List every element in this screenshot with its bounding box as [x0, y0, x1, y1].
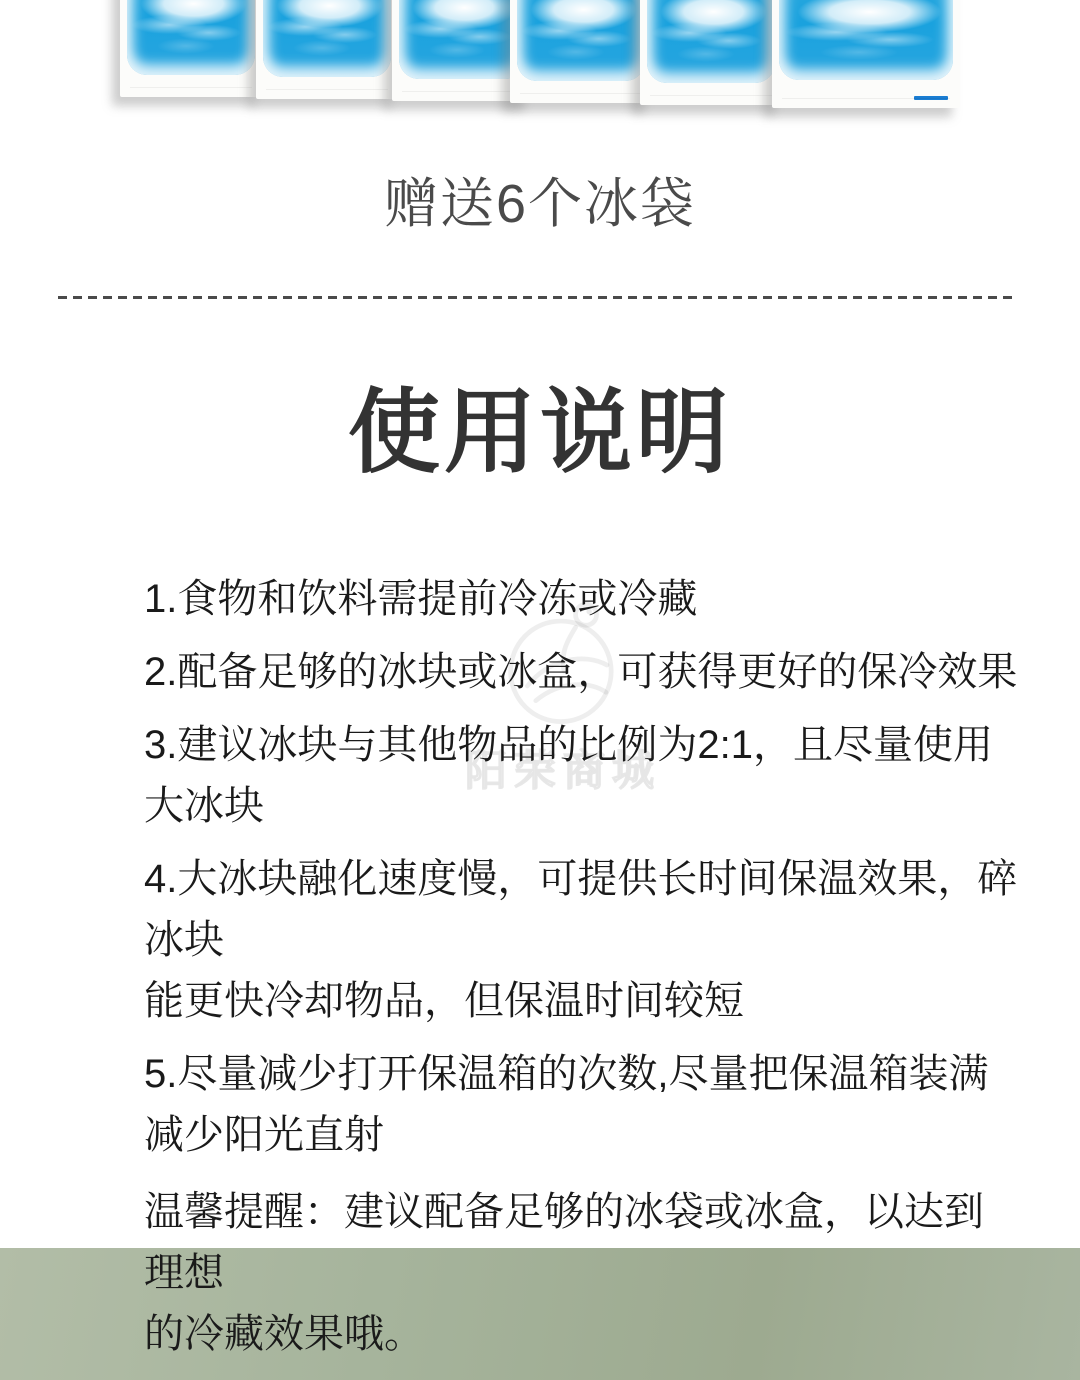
instruction-item: 1.食物和饮料需提前冷冻或冷藏 [144, 569, 1020, 630]
instructions-list: 1.食物和饮料需提前冷冻或冷藏 2.配备足够的冰块或冰盒，可获得更好的保冷效果 … [144, 569, 1020, 1166]
gift-caption: 赠送6个冰袋 [0, 174, 1080, 234]
ice-pack-gel [127, 0, 255, 75]
instruction-line: 5.尽量减少打开保温箱的次数,尽量把保温箱装满 [144, 1052, 988, 1096]
reminder-note: 温馨提醒：建议配备足够的冰袋或冰盒，以达到理想 的冷藏效果哦。 [144, 1182, 1020, 1365]
instruction-line: 3.建议冰块与其他物品的比例为2:1，且尽量使用大冰块 [144, 723, 993, 828]
instruction-item: 3.建议冰块与其他物品的比例为2:1，且尽量使用大冰块 [144, 715, 1020, 837]
pack-accent-dash [914, 96, 948, 100]
ice-pack-image [510, 0, 652, 103]
reminder-line: 温馨提醒：建议配备足够的冰袋或冰盒，以达到理想 [144, 1190, 984, 1295]
instruction-line: 减少阳光直射 [144, 1113, 384, 1157]
ice-pack-gel [399, 0, 525, 79]
ice-packs-row [0, 0, 1080, 130]
ice-pack-image [120, 0, 262, 97]
ice-pack-gel [647, 0, 775, 83]
instruction-item: 4.大冰块融化速度慢，可提供长时间保温效果，碎冰块 能更快冷却物品，但保温时间较… [144, 849, 1020, 1032]
instruction-line: 能更快冷却物品，但保温时间较短 [144, 979, 744, 1023]
reminder-line: 的冷藏效果哦。 [144, 1312, 424, 1356]
dashed-divider [58, 296, 1015, 299]
ice-pack-image [256, 0, 398, 99]
instruction-line: 4.大冰块融化速度慢，可提供长时间保温效果，碎冰块 [144, 857, 1017, 962]
instruction-line: 1.食物和饮料需提前冷冻或冷藏 [144, 577, 697, 621]
instruction-item: 2.配备足够的冰块或冰盒，可获得更好的保冷效果 [144, 642, 1020, 703]
ice-pack-image [772, 0, 960, 108]
ice-pack-gel [517, 0, 645, 81]
product-detail-page: 赠送6个冰袋 使用说明 阳荣商城 1.食物和饮料需提前冷冻或冷藏 2.配备足够的… [0, 0, 1080, 1380]
usage-title: 使用说明 [0, 385, 1080, 481]
instruction-item: 5.尽量减少打开保温箱的次数,尽量把保温箱装满 减少阳光直射 [144, 1044, 1020, 1166]
ice-pack-gel [779, 0, 953, 80]
ice-pack-image [640, 0, 782, 105]
instruction-line: 2.配备足够的冰块或冰盒，可获得更好的保冷效果 [144, 650, 1017, 694]
ice-pack-gel [263, 0, 391, 77]
